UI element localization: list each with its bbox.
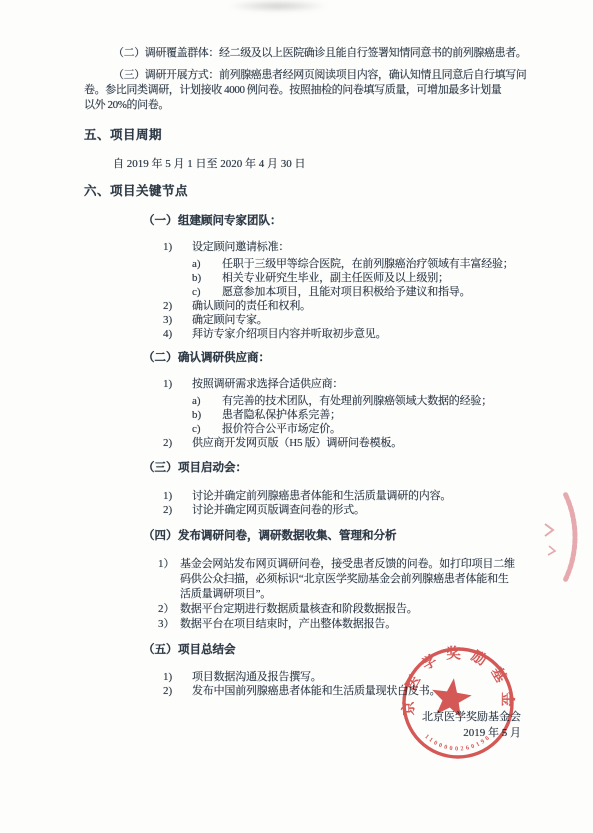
scanned-document-page: （二）调研覆盖群体：经二级及以上医院确诊且能自行签署知情同意书的前列腺癌患者。 … [0, 0, 593, 833]
list-item: 2) 供应商开发网页版（H5 版）调研问卷模板。 [84, 436, 513, 450]
list-marker: b) [192, 271, 222, 285]
list-subitem: c) 报价符合公平市场定价。 [84, 422, 513, 436]
subsection-title: 确认调研供应商： [178, 350, 270, 366]
list-marker: 4) [163, 327, 192, 341]
partial-stamp-arc [535, 480, 593, 592]
partial-stamp-arc-stroke [566, 495, 575, 580]
partial-stamp-mark [545, 524, 553, 536]
list-subitem: b) 患者隐私保护体系完善； [84, 408, 513, 422]
list-item-text: 愿意参加本项目，且能对项目积极给予建议和指导。 [222, 285, 470, 299]
list-item-text: 供应商开发网页版（H5 版）调研问卷模板。 [192, 436, 402, 450]
partial-stamp-mark [548, 546, 555, 555]
list-item-text: 项目数据沟通及报告撰写。 [192, 670, 322, 684]
paragraph-line: 卷。参比同类调研，计划接收 4000 例问卷。按照抽检的问卷填写质量，可增加最多… [84, 83, 513, 98]
list-item: 2） 数据平台定期进行数据质量核查和阶段数据报告。 [84, 602, 513, 617]
list-item: 1) 按照调研需求选择合适供应商： [84, 377, 513, 391]
list-item-text: 相关专业研究生毕业，副主任医师及以上级别； [222, 271, 449, 285]
list-marker: 1） [158, 557, 180, 602]
document-body: （二）调研覆盖群体：经二级及以上医院确诊且能自行签署知情同意书的前列腺癌患者。 … [84, 46, 513, 741]
list-item-text: 设定顾问邀请标准： [192, 240, 289, 254]
list-marker: 1) [163, 240, 192, 254]
list-item-text: 数据平台定期进行数据质量核查和阶段数据报告。 [180, 602, 418, 617]
list-item-text: 确定顾问专家。 [192, 313, 268, 327]
list-marker: b) [192, 408, 222, 422]
list-item: 4) 拜访专家介绍项目内容并听取初步意见。 [84, 327, 513, 341]
list-marker: 2) [163, 503, 192, 517]
list-item-text: 患者隐私保护体系完善； [222, 408, 341, 422]
list-item-text: 任职于三级甲等综合医院，在前列腺癌治疗领域有丰富经验； [222, 257, 514, 271]
list-item: 1) 讨论并确定前列腺癌患者体能和生活质量调研的内容。 [84, 489, 513, 503]
list-item-text: 确认顾问的责任和权利。 [192, 299, 311, 313]
list-item-text: 有完善的技术团队，有处理前列腺癌领域大数据的经验； [222, 394, 492, 408]
list-item-text: 报价符合公平市场定价。 [222, 422, 341, 436]
subsection-number: （四） [143, 528, 178, 544]
subsection-title: 项目启动会： [178, 460, 247, 476]
subsection-header: （四） 发布调研问卷，调研数据收集、管理和分析 [84, 528, 513, 544]
subsection-number: （二） [143, 350, 178, 366]
list-item-text: 基金会网站发布网页调研问卷，接受患者反馈的问卷。如打印项目二维 码供公众扫描，必… [180, 557, 515, 602]
list-subitem: a) 有完善的技术团队，有处理前列腺癌领域大数据的经验； [84, 394, 513, 408]
list-subitem: a) 任职于三级甲等综合医院，在前列腺癌治疗领域有丰富经验； [84, 257, 513, 271]
list-marker: 2) [163, 436, 192, 450]
paragraph-line: （二）调研覆盖群体：经二级及以上医院确诊且能自行签署知情同意书的前列腺癌患者。 [84, 46, 513, 61]
list-item: 3) 确定顾问专家。 [84, 313, 513, 327]
list-marker: 2） [158, 602, 180, 617]
list-item-text: 数据平台在项目结束时，产出整体数据报告。 [180, 617, 396, 632]
subsection-header: （二） 确认调研供应商： [84, 350, 513, 366]
list-marker: 1) [163, 377, 192, 391]
subsection-header: （一） 组建顾问专家团队： [84, 213, 513, 229]
list-item: 3） 数据平台在项目结束时，产出整体数据报告。 [84, 617, 513, 632]
list-item: 2) 确认顾问的责任和权利。 [84, 299, 513, 313]
seal-star-icon [432, 678, 472, 717]
list-item: 1) 设定顾问邀请标准： [84, 240, 513, 254]
list-marker: c) [192, 285, 222, 299]
subsection-title: 发布调研问卷，调研数据收集、管理和分析 [178, 528, 397, 544]
scan-smudge [228, 0, 328, 12]
list-marker: c) [192, 422, 222, 436]
subsection-header: （三） 项目启动会： [84, 460, 513, 476]
list-marker: 2) [163, 299, 192, 313]
list-item-text: 讨论并确定网页版调查问卷的形式。 [192, 503, 365, 517]
list-marker: 2) [163, 684, 192, 698]
list-marker: a) [192, 257, 222, 271]
list-subitem: b) 相关专业研究生毕业，副主任医师及以上级别； [84, 271, 513, 285]
list-marker: a) [192, 394, 222, 408]
section-heading-cycle: 五、项目周期 [84, 127, 513, 144]
list-marker: 1) [163, 670, 192, 684]
subsection-number: （三） [143, 460, 178, 476]
foundation-seal-stamp: 北京医学奖励基金会 1100000260198 [395, 640, 525, 770]
paragraph-line: 以外 20%的问卷。 [84, 98, 513, 113]
list-item-text: 按照调研需求选择合适供应商： [192, 377, 343, 391]
list-item: 2) 讨论并确定网页版调查问卷的形式。 [84, 503, 513, 517]
wrapped-line: 活质量调研项目”。 [180, 587, 515, 602]
list-item-text: 拜访专家介绍项目内容并听取初步意见。 [192, 327, 386, 341]
list-marker: 3） [158, 617, 180, 632]
list-item-text: 讨论并确定前列腺癌患者体能和生活质量调研的内容。 [192, 489, 451, 503]
wrapped-line: 码供公众扫描，必须标识“北京医学奖励基金会前列腺癌患者体能和生 [180, 572, 515, 587]
subsection-title: 项目总结会 [178, 642, 236, 658]
list-marker: 3) [163, 313, 192, 327]
list-marker: 1) [163, 489, 192, 503]
project-cycle-dates: 自 2019 年 5 月 1 日至 2020 年 4 月 30 日 [84, 157, 513, 172]
subsection-number: （五） [143, 642, 178, 658]
subsection-title: 组建顾问专家团队： [178, 213, 282, 229]
paragraph-line: （三）调研开展方式：前列腺癌患者经网页阅读项目内容，确认知情且同意后自行填写问 [84, 68, 513, 83]
wrapped-line: 基金会网站发布网页调研问卷，接受患者反馈的问卷。如打印项目二维 [180, 557, 515, 572]
list-subitem: c) 愿意参加本项目，且能对项目积极给予建议和指导。 [84, 285, 513, 299]
section-heading-milestones: 六、项目关键节点 [84, 183, 513, 200]
subsection-number: （一） [143, 213, 178, 229]
list-item: 1） 基金会网站发布网页调研问卷，接受患者反馈的问卷。如打印项目二维 码供公众扫… [84, 557, 513, 602]
